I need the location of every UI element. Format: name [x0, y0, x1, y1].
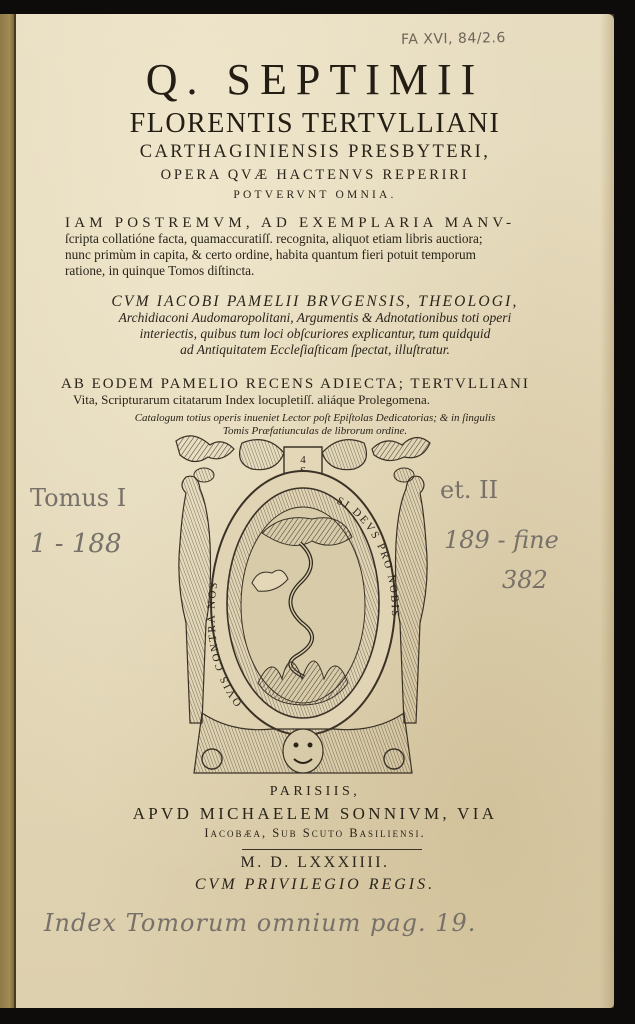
title-page: FA XVI, 84/2.6 Q. SEPTIMII FLORENTIS TER… — [16, 14, 614, 1008]
paragraph-line: Archidiaconi Audomaropolitani, Argumenti… — [65, 310, 565, 326]
paragraph-line: Vita, Scripturarum citatarum Index locup… — [61, 392, 561, 408]
title-line-4: OPERA QVÆ HACTENVS REPERIRI — [16, 167, 614, 184]
paragraph-line: ad Antiquitatem Eccleſiaſticam ſpectat, … — [65, 342, 565, 358]
paragraph-line: interiectis, quibus tum loci obſcuriores… — [65, 326, 565, 342]
handwritten-volume-label-2: et. II — [440, 476, 498, 504]
paragraph-additions: AB EODEM PAMELIO RECENS ADIECTA; TERTVLL… — [61, 376, 561, 408]
handwritten-page-range-1: 1 - 188 — [30, 529, 121, 559]
handwritten-end-page: 382 — [502, 566, 548, 594]
printers-device-woodcut: 4 S M QVIS CONTRA NOS SI DEVS PRO NOBIS — [172, 433, 434, 781]
imprint-divider — [242, 849, 422, 850]
imprint-address: Iacobæa, Sub Scuto Basiliensi. — [16, 826, 614, 841]
handwritten-index-note: Index Tomorum omnium pag. 19. — [44, 909, 476, 937]
paragraph-lead: AB EODEM PAMELIO RECENS ADIECTA; TERTVLL… — [61, 376, 561, 392]
paragraph-line: nunc primùm in capita, & certo ordine, h… — [65, 247, 565, 263]
paragraph-line: ratione, in quinque Tomos diſtincta. — [65, 263, 565, 279]
title-line-3: CARTHAGINIENSIS PRESBYTERI, — [16, 142, 614, 163]
paragraph-line: Catalogum totius operis inueniet Lector … — [36, 412, 594, 425]
handwritten-volume-label: Tomus I — [30, 484, 126, 512]
title-line-1: Q. SEPTIMII — [16, 54, 614, 105]
paragraph-editor: CVM IACOBI PAMELII BRVGENSIS, THEOLOGI, … — [65, 294, 565, 358]
paragraph-edition: IAM POSTREMVM, AD EXEMPLARIA MANV- ſcrip… — [65, 215, 565, 279]
handwritten-page-range-2: 189 - fine — [444, 526, 559, 554]
printers-device-icon: 4 S M QVIS CONTRA NOS SI DEVS PRO NOBIS — [172, 433, 434, 781]
paragraph-lead: IAM POSTREMVM, AD EXEMPLARIA MANV- — [65, 215, 565, 231]
imprint-place: PARISIIS, — [16, 784, 614, 800]
shelfmark: FA XVI, 84/2.6 — [401, 30, 506, 48]
title-line-2: FLORENTIS TERTVLLIANI — [16, 108, 614, 140]
imprint-printer: APVD MICHAELEM SONNIVM, VIA — [16, 804, 614, 824]
paragraph-lead: CVM IACOBI PAMELII BRVGENSIS, THEOLOGI, — [65, 294, 565, 310]
imprint-year: M. D. LXXXIIII. — [16, 854, 614, 872]
title-line-5: POTVERVNT OMNIA. — [16, 189, 614, 201]
imprint-privilege: CVM PRIVILEGIO REGIS. — [16, 876, 614, 894]
paragraph-line: ſcripta collatióne facta, quamaccuratiſſ… — [65, 231, 565, 247]
